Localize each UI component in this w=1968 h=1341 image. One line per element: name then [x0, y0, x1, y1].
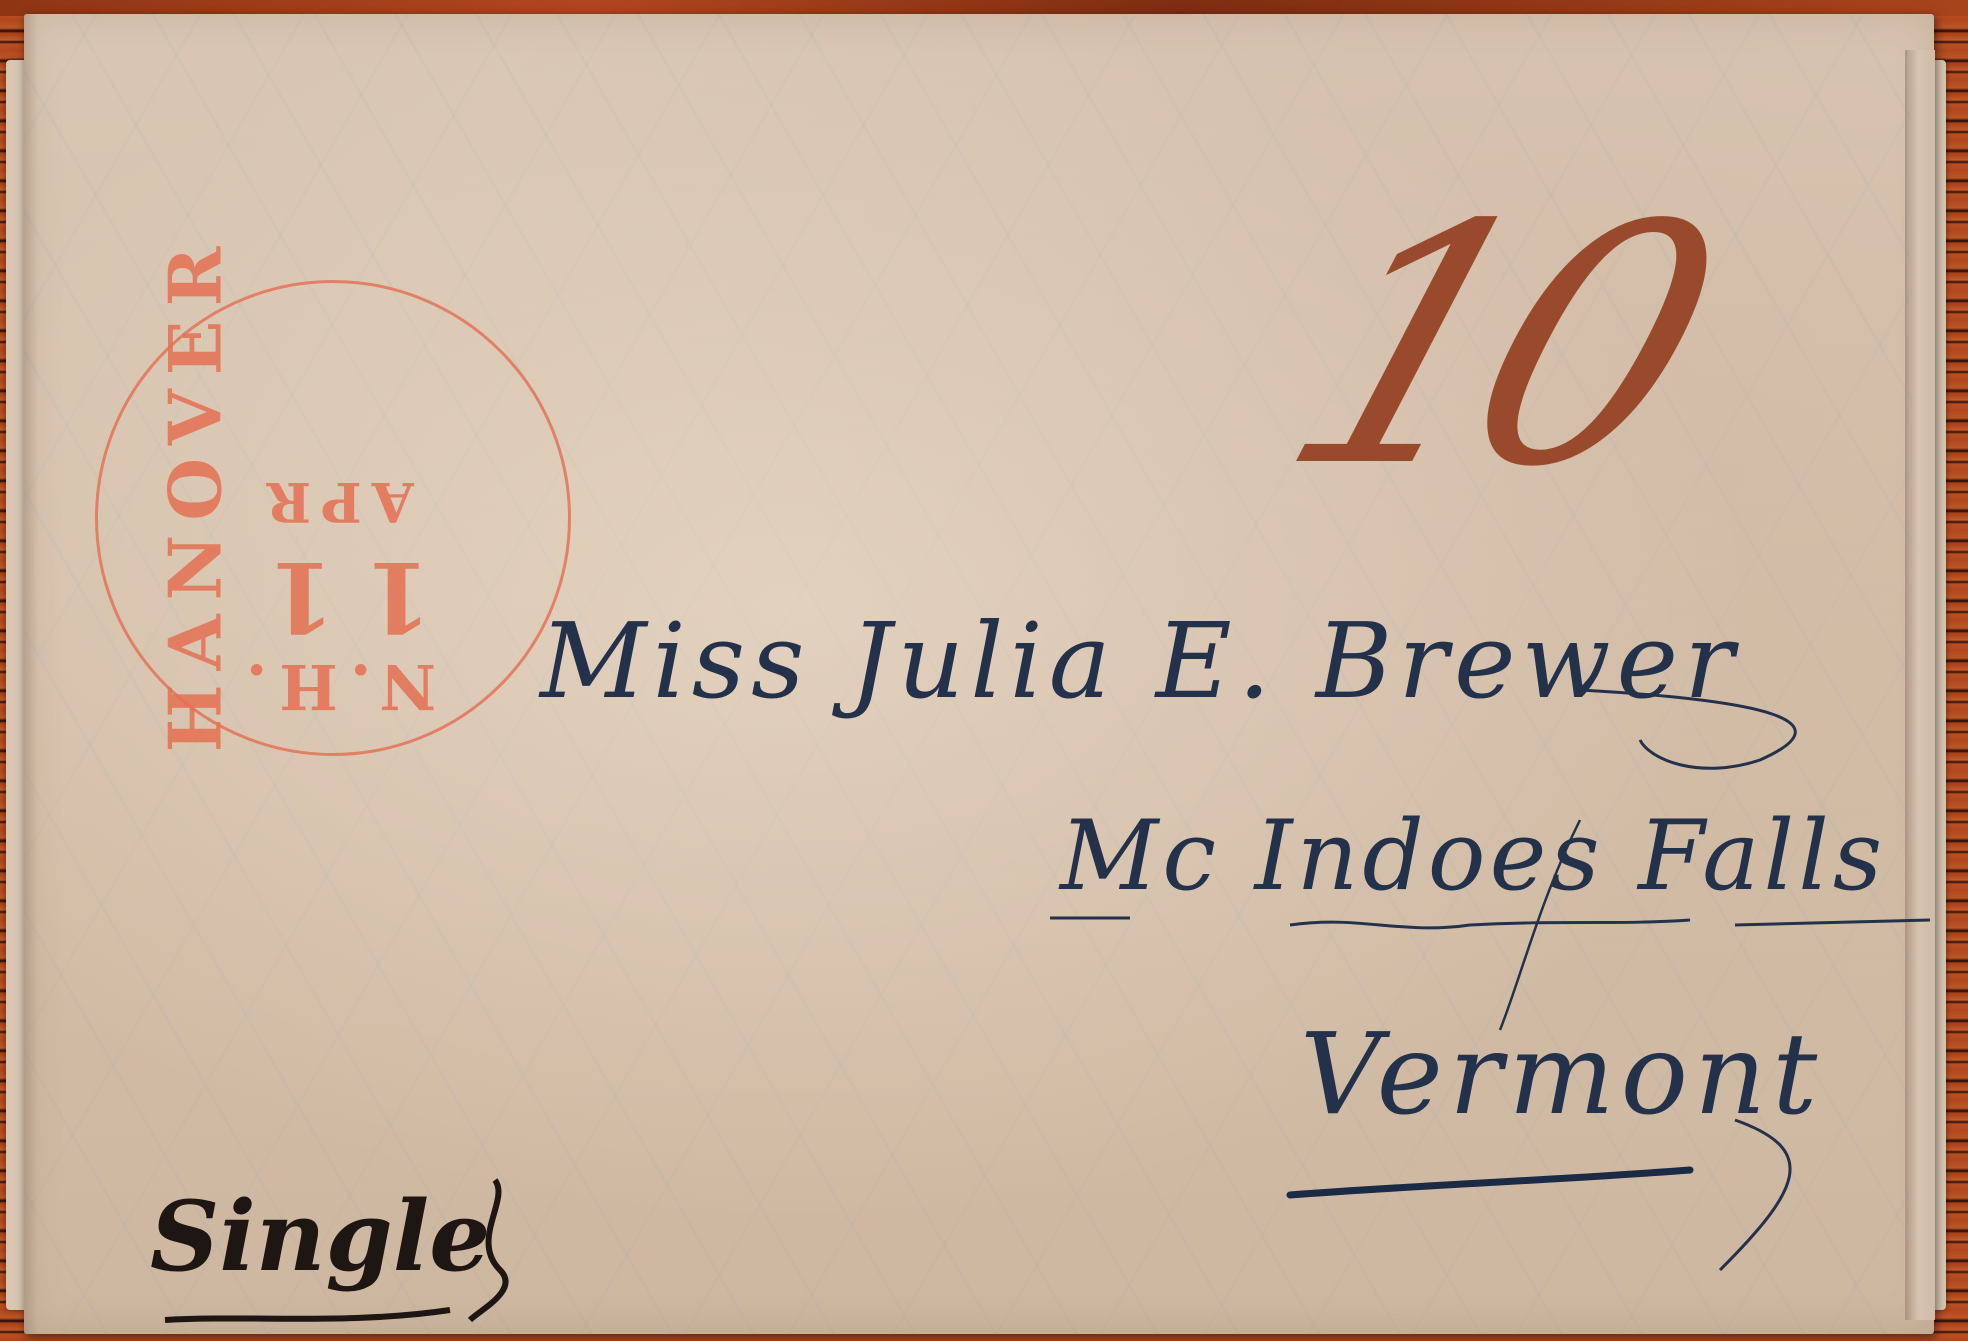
ink-flourishes	[0, 0, 1968, 1341]
single-docket: Single	[150, 1180, 490, 1293]
